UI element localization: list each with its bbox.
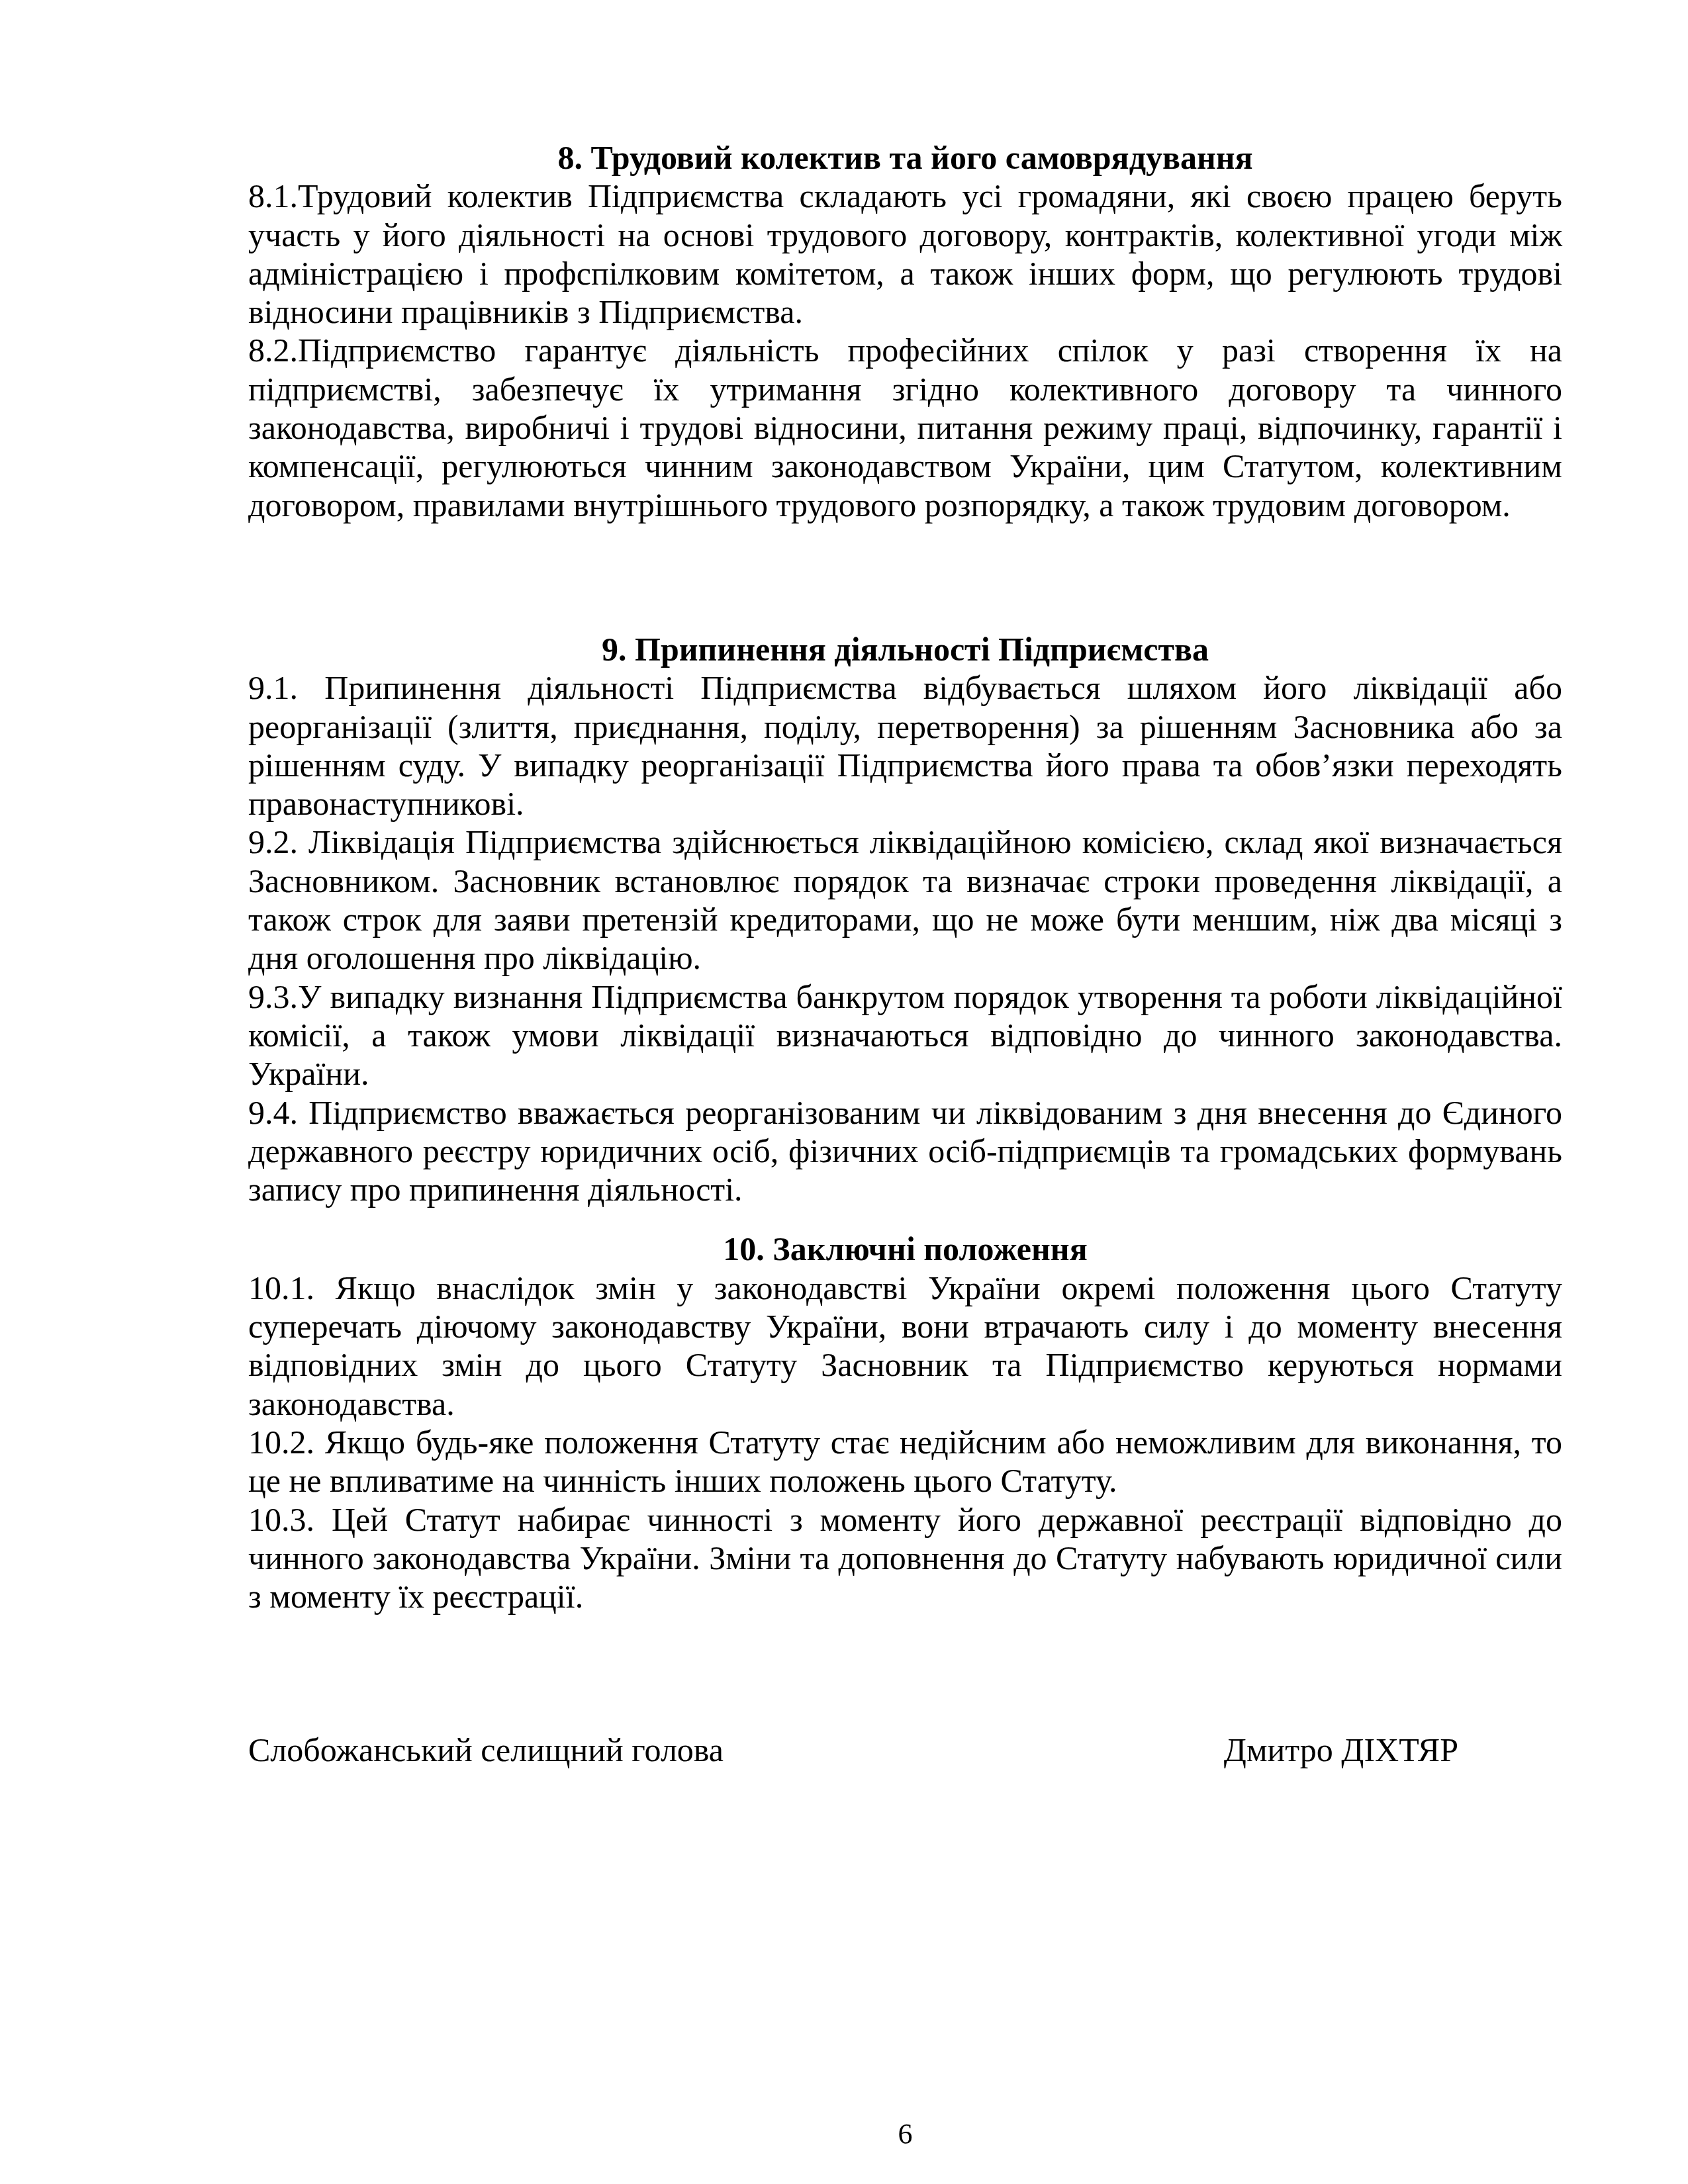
section-9-title: 9. Припинення діяльності Підприємства — [248, 630, 1562, 668]
page-number: 6 — [248, 2118, 1562, 2151]
section-8-title: 8. Трудовий колектив та його самоврядува… — [248, 138, 1562, 177]
section-9: 9. Припинення діяльності Підприємства 9.… — [248, 630, 1562, 1208]
document-content: 8. Трудовий колектив та його самоврядува… — [248, 138, 1562, 1770]
section-10-paragraph-10-1: 10.1. Якщо внаслідок змін у законодавств… — [248, 1269, 1562, 1423]
section-8-paragraph-8-2: 8.2.Підприємство гарантує діяльність про… — [248, 331, 1562, 523]
section-10: 10. Заключні положення 10.1. Якщо внаслі… — [248, 1230, 1562, 1615]
signature-role: Слобожанський селищний голова — [248, 1731, 724, 1769]
section-8-paragraph-8-1: 8.1.Трудовий колектив Підприємства склад… — [248, 177, 1562, 331]
section-10-title: 10. Заключні положення — [248, 1230, 1562, 1268]
section-9-paragraph-9-1: 9.1. Припинення діяльності Підприємства … — [248, 668, 1562, 823]
section-8: 8. Трудовий колектив та його самоврядува… — [248, 138, 1562, 524]
document-page: 8. Трудовий колектив та його самоврядува… — [0, 0, 1688, 2184]
section-9-paragraph-9-2: 9.2. Ліквідація Підприємства здійснюєтьс… — [248, 823, 1562, 977]
section-9-paragraph-9-4: 9.4. Підприємство вважається реорганізов… — [248, 1093, 1562, 1209]
section-9-paragraph-9-3: 9.3.У випадку визнання Підприємства банк… — [248, 978, 1562, 1093]
section-10-paragraph-10-2: 10.2. Якщо будь-яке положення Статуту ст… — [248, 1423, 1562, 1500]
section-10-paragraph-10-3: 10.3. Цей Статут набирає чинності з моме… — [248, 1500, 1562, 1616]
signature-name: Дмитро ДІХТЯР — [1224, 1731, 1458, 1769]
signature-row: Слобожанський селищний голова Дмитро ДІХ… — [248, 1731, 1562, 1769]
